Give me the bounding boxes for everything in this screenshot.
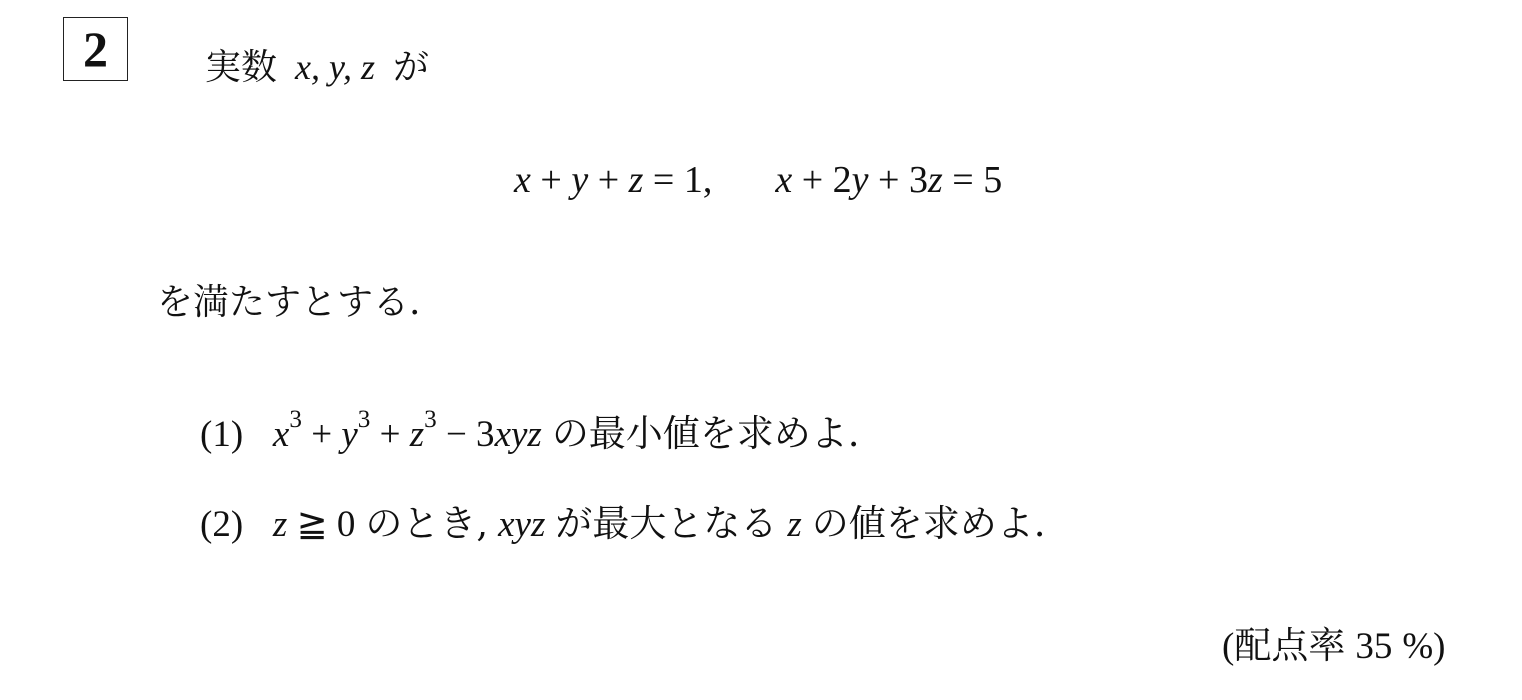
question-2: (2) z ≧ 0のとき,xyzが最大となるzの値を求めよ. (200, 500, 1046, 549)
problem-number-box: 2 (63, 17, 128, 81)
score-value: 35 (1355, 626, 1392, 667)
question-2-text-2: が最大となる (555, 502, 777, 545)
question-1-text: の最小値を求めよ. (552, 412, 860, 455)
question-1-expression: x3 + y3 + z3 − 3xyz (273, 414, 542, 455)
equation-1: x + y + z = 1, (514, 159, 722, 201)
question-2-condition: z ≧ 0 (273, 504, 355, 545)
intro-suffix: が (393, 47, 429, 88)
question-1: (1) x3 + y3 + z3 − 3xyzの最小値を求めよ. (200, 410, 860, 459)
equation-system: x + y + z = 1, x + 2y + 3z = 5 (514, 157, 1002, 203)
equation-2: x + 2y + 3z = 5 (775, 159, 1002, 201)
problem-number: 2 (83, 24, 108, 74)
intro-variables: x, y, z (295, 47, 375, 87)
question-2-expression: xyz (498, 504, 545, 545)
problem-intro: 実数x, y, zが (205, 44, 429, 91)
question-1-label: (1) (200, 414, 243, 455)
question-2-label: (2) (200, 504, 243, 545)
score-unit: % (1402, 626, 1433, 667)
question-2-text-1: のとき, (365, 502, 488, 545)
question-2-variable: z (787, 504, 801, 545)
score-label: 配点率 (1234, 624, 1345, 667)
question-2-text-3: の値を求めよ. (812, 502, 1046, 545)
intro-prefix: 実数 (205, 47, 277, 88)
score-ratio: (配点率35%) (1222, 622, 1445, 671)
condition-text: を満たすとする. (157, 280, 420, 326)
